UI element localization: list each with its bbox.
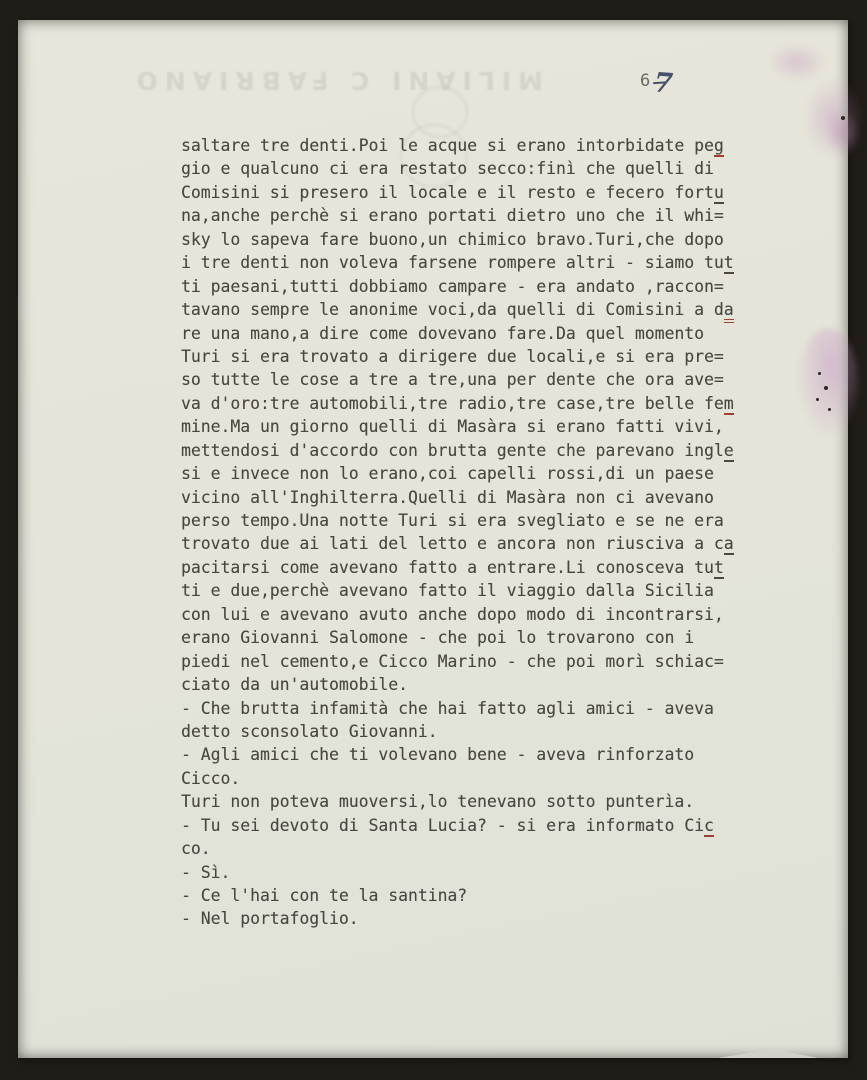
text-line: - Sì. — [181, 861, 734, 884]
text-line: ti paesani,tutti dobbiamo campare - era … — [181, 275, 734, 298]
text-line: i tre denti non voleva farsene rompere a… — [181, 251, 734, 274]
text-line: vicino all'Inghilterra.Quelli di Masàra … — [181, 486, 734, 509]
text-line: erano Giovanni Salomone - che poi lo tro… — [181, 626, 734, 649]
hyphenation-underline-mark: e — [724, 441, 734, 462]
text-line: Turi non poteva muoversi,lo tenevano sot… — [181, 790, 734, 813]
text-line: ti e due,perchè avevano fatto il viaggio… — [181, 579, 734, 602]
hyphenation-underline-mark: t — [724, 253, 734, 274]
text-line: Comisini si presero il locale e il resto… — [181, 181, 734, 204]
page-number: 67 — [640, 68, 673, 99]
text-line: tavano sempre le anonime voci,da quelli … — [181, 298, 734, 321]
page-number-typed: 6 — [640, 71, 650, 91]
text-line: so tutte le cose a tre a tre,una per den… — [181, 368, 734, 391]
text-line: trovato due ai lati del letto e ancora n… — [181, 532, 734, 555]
hyphenation-underline-mark: g — [714, 136, 724, 157]
text-line: detto sconsolato Giovanni. — [181, 720, 734, 743]
page-number-handwritten: 7 — [653, 67, 674, 99]
hyphenation-underline-mark: u — [714, 183, 724, 204]
ink-speck — [828, 408, 831, 411]
hyphenation-underline-mark: t — [714, 558, 724, 579]
text-line: co. — [181, 837, 734, 860]
document-page: MILIANI C FABRIANO 67 saltare tre denti.… — [18, 20, 848, 1058]
typewritten-text: saltare tre denti.Poi le acque si erano … — [181, 134, 734, 931]
text-line: Cicco. — [181, 767, 734, 790]
ink-speck — [824, 386, 828, 390]
text-line: Turi si era trovato a dirigere due local… — [181, 345, 734, 368]
hyphenation-underline-mark: c — [704, 816, 714, 837]
text-line: - Agli amici che ti volevano bene - avev… — [181, 743, 734, 766]
text-line: gio e qualcuno ci era restato secco:finì… — [181, 157, 734, 180]
ink-speck — [841, 116, 845, 120]
text-line: si e invece non lo erano,coi capelli ros… — [181, 462, 734, 485]
hyphenation-underline-mark: m — [724, 394, 734, 415]
text-line: con lui e avevano avuto anche dopo modo … — [181, 603, 734, 626]
text-line: mine.Ma un giorno quelli di Masàra si er… — [181, 415, 734, 438]
ink-speck — [818, 372, 821, 375]
text-line: ciato da un'automobile. — [181, 673, 734, 696]
hyphenation-underline-mark: a — [724, 300, 734, 323]
text-line: - Nel portafoglio. — [181, 907, 734, 930]
ink-speck — [816, 398, 819, 401]
hyphenation-underline-mark: a — [724, 534, 734, 555]
text-line: saltare tre denti.Poi le acque si erano … — [181, 134, 734, 157]
text-line: pacitarsi come avevano fatto a entrare.L… — [181, 556, 734, 579]
text-line: piedi nel cemento,e Cicco Marino - che p… — [181, 650, 734, 673]
text-line: va d'oro:tre automobili,tre radio,tre ca… — [181, 392, 734, 415]
stain-top-right-1 — [766, 42, 828, 82]
text-line: mettendosi d'accordo con brutta gente ch… — [181, 439, 734, 462]
text-line: - Che brutta infamità che hai fatto agli… — [181, 697, 734, 720]
text-line: sky lo sapeva fare buono,un chimico brav… — [181, 228, 734, 251]
stain-mid-right — [798, 328, 858, 436]
text-line: - Tu sei devoto di Santa Lucia? - si era… — [181, 814, 734, 837]
papermaker-watermark: MILIANI C FABRIANO — [168, 66, 543, 95]
text-line: - Ce l'hai con te la santina? — [181, 884, 734, 907]
page-fold — [718, 1049, 818, 1058]
text-line: perso tempo.Una notte Turi si era svegli… — [181, 509, 734, 532]
text-line: re una mano,a dire come dovevano fare.Da… — [181, 322, 734, 345]
text-line: na,anche perchè si erano portati dietro … — [181, 204, 734, 227]
scan-background: MILIANI C FABRIANO 67 saltare tre denti.… — [0, 0, 867, 1080]
